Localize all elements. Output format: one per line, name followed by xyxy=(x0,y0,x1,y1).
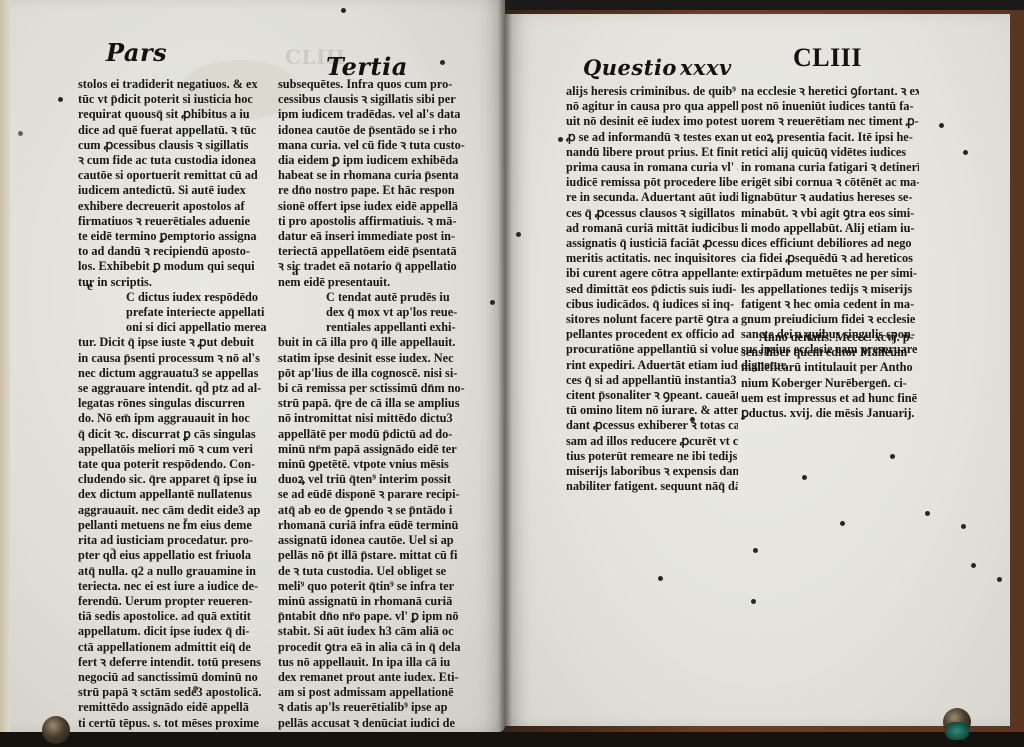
text-line: minabūt. ꝛ vbi agit ꝯtra eos simi- xyxy=(741,206,919,221)
text-line: dex dictum appellantē nullatenus xyxy=(78,487,274,502)
text-line: ꝛ cum fide ac tuta custodia idonea xyxy=(78,153,274,168)
text-line: re dn̄o nostro pape. Et hāc respon xyxy=(278,183,474,198)
text-line: dice ad quē fuerat appellatū. ꝛ tūc xyxy=(78,123,274,138)
text-line: mana curia. vel cū fide ꝛ tuta custo- xyxy=(278,138,474,153)
text-line: teriecta. nec ei est iure a iudice de- xyxy=(78,579,274,594)
text-line: ad romanā curiā mittāt iudicibus xyxy=(566,221,738,236)
wormhole xyxy=(890,454,895,459)
running-head-question-number: xxxv xyxy=(680,55,732,80)
wormhole xyxy=(963,150,968,155)
text-line: procedit ꝯtra eā in alia cā in q̄ dela xyxy=(278,640,474,655)
text-line: cia fidei ꝓsequēdū ꝛ ad hereticos xyxy=(741,251,919,266)
text-line: minū nr̄m papā assignādo eidē ter xyxy=(278,442,474,457)
text-line: los. Exhibebit ꝑ modum qui sequi xyxy=(78,259,274,274)
text-line: ꝓ se ad informandū ꝛ testes exami xyxy=(566,130,738,145)
text-line: alijs heresis criminibus. de quib⁹ xyxy=(566,84,738,99)
colophon-line: ꝑductus. xvij. die mēsis Januarij. xyxy=(741,406,919,421)
text-line: rint expediri. Aduertāt etiam iudi xyxy=(566,358,738,373)
text-line: te eidē termino ꝑemptorio assigna xyxy=(78,229,274,244)
left-page-column-1: stolos ei tradiderit negatiuos. & ex tūc… xyxy=(78,77,274,731)
text-line: meritis actitatis. nec inquisitores xyxy=(566,251,738,266)
wormhole xyxy=(658,576,663,581)
text-line: na ecclesie ꝛ heretici ꝯfortant. ꝛ ex xyxy=(741,84,919,99)
text-line: cum ꝓcessibus clausis ꝛ sigillatis xyxy=(78,138,274,153)
text-line: tur. Dicit q̄ ipse iuste ꝛ ꝓut debuit xyxy=(78,335,274,350)
wormhole xyxy=(939,123,944,128)
running-head-pars: Pars xyxy=(106,38,167,67)
text-line: tus nō appellauit. In ipa illa cā iu xyxy=(278,655,474,670)
text-line: rita ad iusticiam procedatur. pro- xyxy=(78,533,274,548)
text-line: nec dictum aggrauatu3 se appellas xyxy=(78,366,274,381)
book-weight-right xyxy=(943,708,971,736)
colophon-line: sens liber quem editor Malleum xyxy=(741,345,919,360)
text-line: tate qua poterit respōdendo. Con- xyxy=(78,457,274,472)
text-line: requirat quousq̄ sit ꝓhibitus a iu xyxy=(78,107,274,122)
text-line: remittēdo assignādo eidē appellā xyxy=(78,700,274,715)
text-line: meli⁹ quo poterit q̄tin⁹ se infra ter xyxy=(278,579,474,594)
wormhole xyxy=(840,521,845,526)
wormhole xyxy=(18,131,23,136)
running-head-questio: Questio xyxy=(583,55,677,80)
text-line: pellās accusat ꝛ denūciat iudici de xyxy=(278,716,474,731)
text-line: datur eā inseri immediate post in- xyxy=(278,229,474,244)
text-line: firmatiuos ꝛ reuerētiales aduenie xyxy=(78,214,274,229)
text-line: tūc vt p̄dicit poterit si iusticia hoc xyxy=(78,92,274,107)
text-line: cludendo sic. q̄re apparet q̄ ipse iu xyxy=(78,472,274,487)
text-line: miserijs laboribus ꝛ expensis dam xyxy=(566,464,738,479)
wormhole xyxy=(925,511,930,516)
text-line: ces q̄ ꝓcessus clausos ꝛ sigillatos xyxy=(566,206,738,221)
text-line: dices efficiunt debiliores ad nego xyxy=(741,236,919,251)
text-line: tū omino litem nō iurare. & atten- xyxy=(566,403,738,418)
text-line: ipm iudicem tradēdas. vel al's data xyxy=(278,107,474,122)
paragraph-mark-line: C dictus iudex respōdēdo xyxy=(78,290,274,305)
text-line: de ꝛ tuta custodia. Uel obliget se xyxy=(278,564,474,579)
text-line: se aggrauare intendit. qd̄ ptz ad al- xyxy=(78,381,274,396)
text-line: rhomanā curiā infra eūdē terminū xyxy=(278,518,474,533)
text-line: gnum preiudicium fidei ꝛ ecclesie xyxy=(741,312,919,327)
text-line: legatas rōnes singulas discurren xyxy=(78,396,274,411)
text-line: pter qd̄ eius appellatio est friuola xyxy=(78,548,274,563)
text-line: post nō inueniūt iudices tantū fa- xyxy=(741,99,919,114)
text-line: cessibus clausis ꝛ sigillatis sibi per xyxy=(278,92,474,107)
text-line: q̄ dicit ꝛc. discurrat ꝑ cās singulas xyxy=(78,427,274,442)
text-line: appellātē per modū p̄dictū ad do- xyxy=(278,427,474,442)
text-line: dex remanet prout ante iudex. Eti- xyxy=(278,670,474,685)
text-line: bi cā remissa per sctissimū dn̄m no- xyxy=(278,381,474,396)
text-line: in romana curia fatigari ꝛ detinerī xyxy=(741,160,919,175)
wormhole xyxy=(440,60,445,65)
wormhole xyxy=(997,577,1002,582)
text-line: ꝛ datis ap'ls reuerētialib⁹ ipse ap xyxy=(278,700,474,715)
text-line: to ad dandū ꝛ recipiendū aposto- xyxy=(78,244,274,259)
text-line: tius poterūt remeare ne ibi tedijs xyxy=(566,449,738,464)
colophon-line: Anno deitatis. Mcccc. xcvj. p̄- xyxy=(741,330,919,345)
book-gutter xyxy=(498,0,512,732)
wormhole xyxy=(751,599,756,604)
text-line: prefate interiecte appellati xyxy=(78,305,274,320)
text-line: dex q̄ mox vt ap'los reue- xyxy=(278,305,474,320)
text-line: ces q̄ si ad appellantiū instantia3 xyxy=(566,373,738,388)
text-line: dant ꝓcessus exhiberer ꝛ totas cau- xyxy=(566,418,738,433)
text-line: atq̄ ab eo de ꝯpendo ꝛ se p̄ntādo i xyxy=(278,503,474,518)
text-line: se ad eūdē disponē ꝛ parare recipi- xyxy=(278,487,474,502)
text-line: fatigent ꝛ hec omia cedent in ma- xyxy=(741,297,919,312)
text-line: sam ad illos reducere ꝓcurēt vt ci- xyxy=(566,434,738,449)
colophon-line: nium Koberger Nurēbergen̄. ci- xyxy=(741,376,919,391)
text-line: tiā sedis apostolice. ad quā extitit xyxy=(78,609,274,624)
text-line: uorem ꝛ reuerētiam nec timent ꝓ- xyxy=(741,114,919,129)
text-line: do. Nō em̄ ipm aggrauauit in hoc xyxy=(78,411,274,426)
text-line: negociū ad sanctissimū dominū no xyxy=(78,670,274,685)
text-line: exhibere decreuerit apostolos af xyxy=(78,199,274,214)
text-line: nabiliter fatigent. sequunt nāq̄ dā xyxy=(566,479,738,494)
text-line: nō agitur in causa pro qua appella xyxy=(566,99,738,114)
text-line: strū papā ꝛ sctām sede3 apostolicā. xyxy=(78,685,274,700)
text-line: ut eoꝝ presentia facit. Itē ipsi he- xyxy=(741,130,919,145)
text-line: oni si dici appellatio merea xyxy=(78,320,274,335)
colophon-line: malleficarū intitulauit per Antho xyxy=(741,360,919,375)
text-line: iudicem antedictū. Si autē iudex xyxy=(78,183,274,198)
left-page-column-2: subsequētes. Infra quos cum pro- cessibu… xyxy=(278,77,474,731)
text-line: rentiales appellanti exhi- xyxy=(278,320,474,335)
open-book: Pars CLIII Tertia Questio xxxv CLIII e a… xyxy=(0,0,1024,747)
colophon-line: uem est impressus et ad hunc finē xyxy=(741,391,919,406)
text-line: ctā appellationem admittit eiq̄ de xyxy=(78,640,274,655)
text-line: stolos ei tradiderit negatiuos. & ex xyxy=(78,77,274,92)
right-page-column-1: alijs heresis criminibus. de quib⁹ nō ag… xyxy=(566,84,738,494)
text-line: ti pro apostolis affirmatiuis. ꝛ mā- xyxy=(278,214,474,229)
text-line: nō intromittat nisi mittēdo dictu3 xyxy=(278,411,474,426)
wormhole xyxy=(753,548,758,553)
text-line: assignatū idonea cautōe. Uel si ap xyxy=(278,533,474,548)
text-line: retici alij quicūq̄ vidētes iudices xyxy=(741,145,919,160)
text-line: pōt ap'lius de illa cognoscē. nisi si- xyxy=(278,366,474,381)
wormhole xyxy=(490,300,495,305)
text-line: appellatum. dicit ipse iudex q̄ di- xyxy=(78,624,274,639)
text-line: ferendū. Uerum propter reueren- xyxy=(78,594,274,609)
text-line: assignatis q̄ iusticiā faciāt ꝓcessus xyxy=(566,236,738,251)
wormhole xyxy=(58,97,63,102)
colophon: Anno deitatis. Mcccc. xcvj. p̄- sens lib… xyxy=(741,330,919,421)
text-line: citent p̄sonaliter ꝛ ꝯpeant. caueāt xyxy=(566,388,738,403)
text-line: re in secunda. Aduertant aūt iudi- xyxy=(566,190,738,205)
text-line: ibi curent agere cōtra appellantes xyxy=(566,266,738,281)
text-line: dia eidem ꝑ ipm iudicem exhibēda xyxy=(278,153,474,168)
folio-number: CLIII xyxy=(793,43,862,73)
paragraph-mark-line: C tendat autē prudēs iu xyxy=(278,290,474,305)
text-line: fert ꝛ deferre intendit. totū presens xyxy=(78,655,274,670)
text-line: nem eidē presentauit. xyxy=(278,275,474,290)
text-line: pellanti metuens ne f̄m eius deme xyxy=(78,518,274,533)
text-line: minū assignatū in rhomanā curiā xyxy=(278,594,474,609)
text-line: ꝛ sic tradet eā notario q̄ appellatio xyxy=(278,259,474,274)
text-line: stabit. Si aūt iudex h3 cām aliā oc xyxy=(278,624,474,639)
text-line: buit in cā illa pro q̄ ille appellauit. xyxy=(278,335,474,350)
text-line: am si post admissam appellationē xyxy=(278,685,474,700)
text-line: tur in scriptis. xyxy=(78,275,274,290)
text-line: statim ipse desinit esse iudex. Nec xyxy=(278,351,474,366)
text-line: cautōe si oportuerit remittat cū ad xyxy=(78,168,274,183)
text-line: uit nō desinit eē iudex imo potest xyxy=(566,114,738,129)
text-line: sionē offert ipse iudex eidē appellā xyxy=(278,199,474,214)
text-line: idonea cautōe de p̄sentādo se i rho xyxy=(278,123,474,138)
text-line: erigēt sibi cornua ꝛ cōtēnēt ac ma- xyxy=(741,175,919,190)
text-line: cibus iudicādos. q̄ iudices si inq- xyxy=(566,297,738,312)
text-line: appellatōis meliori mō ꝛ cum veri xyxy=(78,442,274,457)
wormhole xyxy=(516,232,521,237)
text-line: duoꝝ vel triū q̄ten⁹ interim possit xyxy=(278,472,474,487)
text-line: subsequētes. Infra quos cum pro- xyxy=(278,77,474,92)
text-line: pellās nō p̄t illā p̄stare. mittat cū fi xyxy=(278,548,474,563)
text-line: sed dimittāt eos p̄dictis suis iudi- xyxy=(566,282,738,297)
text-line: li modo appellabūt. Alij etiam iu- xyxy=(741,221,919,236)
text-line: prima causa in romana curia vl' ad xyxy=(566,160,738,175)
text-line: minū ꝯpetētē. vtpote vnius mēsis xyxy=(278,457,474,472)
wormhole xyxy=(802,475,807,480)
text-line: sitores nolunt facere partē ꝯtra ap xyxy=(566,312,738,327)
text-line: iudicē remissa pōt procedere libe- xyxy=(566,175,738,190)
wormhole xyxy=(558,137,563,142)
text-line: habeat se in rhomana curia p̄senta xyxy=(278,168,474,183)
text-line: les appellationes tedijs ꝛ miserijs xyxy=(741,282,919,297)
text-line: p̄ntabit dn̄o nr̄o pape. vl' ꝑ ipm nō xyxy=(278,609,474,624)
text-line: teriectā appellatōem eidē p̄sentatā xyxy=(278,244,474,259)
text-line: procuratiōne appellantiū si volue xyxy=(566,342,738,357)
text-line: in causa p̄senti processum ꝛ nō al's xyxy=(78,351,274,366)
text-line: extirpādum metuētes ne per simi- xyxy=(741,266,919,281)
text-line: strū papā. q̄re de cā illa se amplius xyxy=(278,396,474,411)
text-line: lignabūtur ꝛ audatius hereses se- xyxy=(741,190,919,205)
book-weight-left xyxy=(42,716,70,744)
text-line: pellantes procedent ex officio ad xyxy=(566,327,738,342)
text-line: nandū libere prout prius. Et finita xyxy=(566,145,738,160)
wormhole xyxy=(961,524,966,529)
text-line: atq̄ nulla. q2 a nullo grauamine in xyxy=(78,564,274,579)
wormhole xyxy=(971,563,976,568)
text-line: ti certū tēpus. s. tot mēses proxime xyxy=(78,716,274,731)
book-support-base xyxy=(0,732,1024,747)
text-line: aggrauauit. nec cām dedit eide3 ap xyxy=(78,503,274,518)
wormhole xyxy=(341,8,346,13)
